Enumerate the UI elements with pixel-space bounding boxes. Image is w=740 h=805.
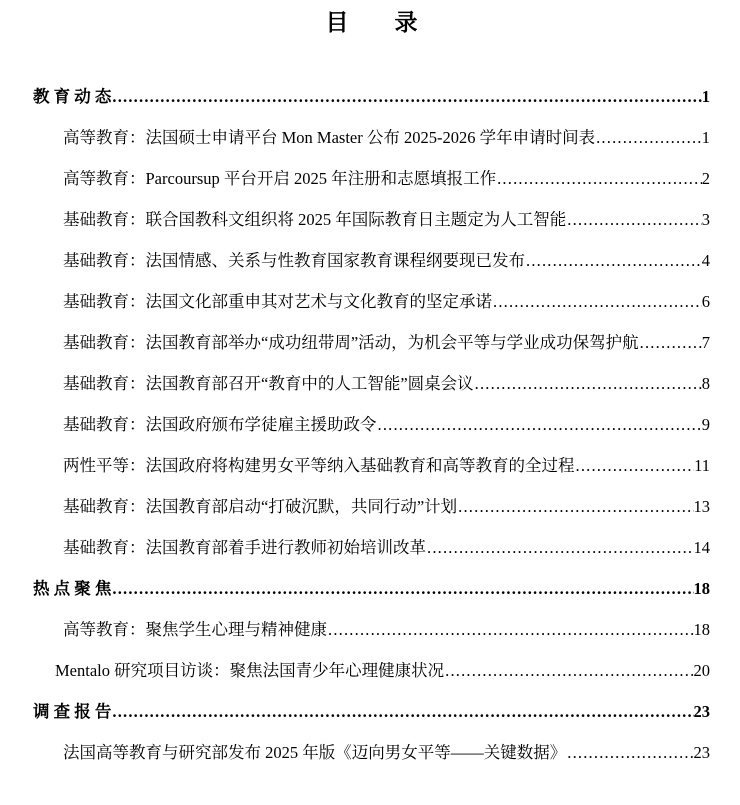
page-number: 18	[694, 579, 711, 599]
toc-section-row[interactable]: 教 育 动 态 ................................…	[33, 87, 710, 107]
toc-entry-row[interactable]: 基础教育：法国情感、关系与性教育国家教育课程纲要现已发布 ...........…	[33, 251, 710, 271]
dot-leader: ........................................…	[566, 210, 702, 230]
toc-entry-label: 基础教育：法国情感、关系与性教育国家教育课程纲要现已发布	[63, 251, 525, 271]
toc-entry-row[interactable]: Mentalo 研究项目访谈：聚焦法国青少年心理健康状况 ...........…	[33, 661, 710, 681]
page-number: 23	[694, 702, 711, 722]
dot-leader: ........................................…	[457, 497, 693, 517]
page-number: 9	[702, 415, 710, 435]
toc-section-row[interactable]: 热 点 聚 焦 ................................…	[33, 579, 710, 599]
toc-entry-label: 基础教育：法国政府颁布学徒雇主援助政令	[63, 415, 377, 435]
page-number: 8	[702, 374, 710, 394]
toc-entry-label: 基础教育：法国教育部着手进行教师初始培训改革	[63, 538, 426, 558]
dot-leader: ........................................…	[111, 702, 693, 722]
dot-leader: ........................................…	[426, 538, 694, 558]
toc-entry-row[interactable]: 基础教育：法国教育部启动“打破沉默，共同行动”计划 ..............…	[33, 497, 710, 517]
dot-leader: ........................................…	[595, 128, 702, 148]
page-number: 14	[694, 538, 711, 558]
page-number: 3	[702, 210, 710, 230]
page-number: 23	[694, 743, 711, 763]
dot-leader: ........................................…	[496, 169, 702, 189]
dot-leader: ........................................…	[525, 251, 702, 271]
page-number: 7	[702, 333, 710, 353]
toc-entry-row[interactable]: 基础教育：联合国教科文组织将 2025 年国际教育日主题定为人工智能 .....…	[33, 210, 710, 230]
toc-entry-label: 基础教育：法国教育部举办“成功纽带周”活动，为机会平等与学业成功保驾护航	[63, 333, 639, 353]
toc-section-label: 调 查 报 告	[33, 702, 111, 722]
dot-leader: ........................................…	[575, 456, 695, 476]
toc-section-label: 教 育 动 态	[33, 87, 111, 107]
toc-entry-label: 基础教育：法国文化部重申其对艺术与文化教育的坚定承诺	[63, 292, 492, 312]
toc-entry-label: 法国高等教育与研究部发布 2025 年版《迈向男女平等——关键数据》	[63, 743, 566, 763]
toc-page: 目 录 教 育 动 态 ............................…	[0, 0, 740, 805]
toc-entry-label: 高等教育：Parcoursup 平台开启 2025 年注册和志愿填报工作	[63, 169, 496, 189]
toc-entry-row[interactable]: 两性平等：法国政府将构建男女平等纳入基础教育和高等教育的全过程 ........…	[33, 456, 710, 476]
dot-leader: ........................................…	[474, 374, 702, 394]
toc-section-label: 热 点 聚 焦	[33, 579, 111, 599]
toc-entry-label: 高等教育：聚焦学生心理与精神健康	[63, 620, 327, 640]
dot-leader: ........................................…	[639, 333, 702, 353]
page-number: 6	[702, 292, 710, 312]
page-number: 13	[694, 497, 711, 517]
toc-entry-row[interactable]: 高等教育：法国硕士申请平台 Mon Master 公布 2025-2026 学年…	[33, 128, 710, 148]
page-title: 目 录	[33, 8, 710, 38]
dot-leader: ........................................…	[111, 579, 693, 599]
page-number: 1	[702, 128, 710, 148]
dot-leader: ........................................…	[444, 661, 693, 681]
toc-entry-row[interactable]: 高等教育：聚焦学生心理与精神健康 .......................…	[33, 620, 710, 640]
toc-entry-row[interactable]: 基础教育：法国政府颁布学徒雇主援助政令 ....................…	[33, 415, 710, 435]
toc-entry-row[interactable]: 基础教育：法国教育部着手进行教师初始培训改革 .................…	[33, 538, 710, 558]
dot-leader: ........................................…	[111, 87, 701, 107]
toc-entry-label: Mentalo 研究项目访谈：聚焦法国青少年心理健康状况	[55, 661, 444, 681]
toc-section-row[interactable]: 调 查 报 告 ................................…	[33, 702, 710, 722]
toc-entry-label: 基础教育：联合国教科文组织将 2025 年国际教育日主题定为人工智能	[63, 210, 566, 230]
page-number: 18	[694, 620, 711, 640]
toc-entry-label: 基础教育：法国教育部启动“打破沉默，共同行动”计划	[63, 497, 457, 517]
toc-entry-label: 高等教育：法国硕士申请平台 Mon Master 公布 2025-2026 学年…	[63, 128, 595, 148]
toc-entry-row[interactable]: 基础教育：法国教育部召开“教育中的人工智能”圆桌会议 .............…	[33, 374, 710, 394]
toc-entry-label: 两性平等：法国政府将构建男女平等纳入基础教育和高等教育的全过程	[63, 456, 575, 476]
toc-entry-row[interactable]: 高等教育：Parcoursup 平台开启 2025 年注册和志愿填报工作 ...…	[33, 169, 710, 189]
dot-leader: ........................................…	[492, 292, 702, 312]
dot-leader: ........................................…	[377, 415, 702, 435]
page-number: 1	[702, 87, 710, 107]
dot-leader: ........................................…	[327, 620, 694, 640]
page-number: 20	[694, 661, 711, 681]
dot-leader: ........................................…	[566, 743, 693, 763]
toc-entry-row[interactable]: 基础教育：法国教育部举办“成功纽带周”活动，为机会平等与学业成功保驾护航 ...…	[33, 333, 710, 353]
page-number: 2	[702, 169, 710, 189]
toc-entry-row[interactable]: 法国高等教育与研究部发布 2025 年版《迈向男女平等——关键数据》 .....…	[33, 743, 710, 763]
toc-entry-row[interactable]: 基础教育：法国文化部重申其对艺术与文化教育的坚定承诺 .............…	[33, 292, 710, 312]
toc-entry-label: 基础教育：法国教育部召开“教育中的人工智能”圆桌会议	[63, 374, 474, 394]
page-number: 11	[694, 456, 710, 476]
page-number: 4	[702, 251, 710, 271]
